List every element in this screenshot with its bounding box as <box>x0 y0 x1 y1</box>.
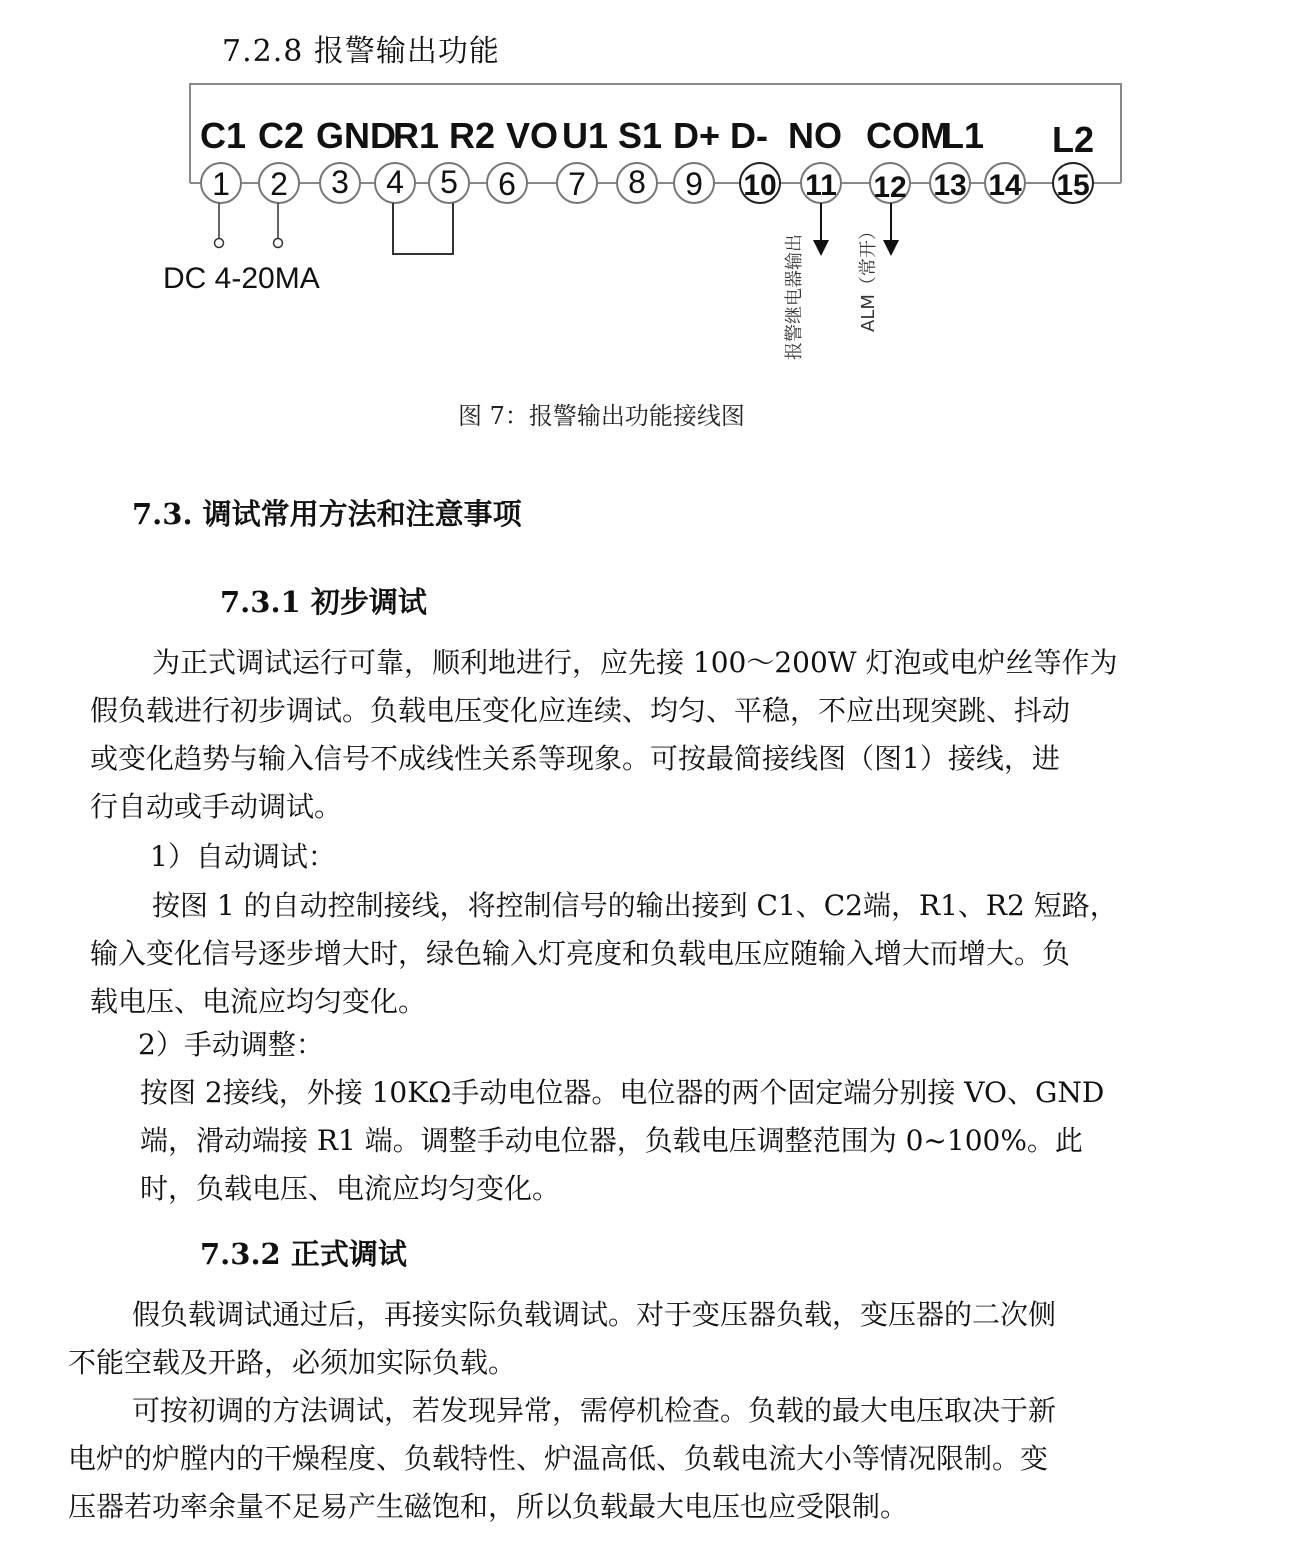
svg-text:14: 14 <box>988 169 1022 202</box>
svg-text:1: 1 <box>212 166 230 202</box>
svg-text:L1: L1 <box>942 115 984 156</box>
svg-text:6: 6 <box>498 166 516 202</box>
svg-text:GND: GND <box>316 115 396 156</box>
arrow-down-icon <box>883 240 899 256</box>
svg-text:C1: C1 <box>200 115 246 156</box>
svg-text:7: 7 <box>568 166 586 202</box>
svg-text:报警继电器输出: 报警继电器输出 <box>783 234 805 360</box>
svg-text:D-: D- <box>730 115 768 156</box>
svg-text:4: 4 <box>386 164 404 200</box>
svg-text:VO: VO <box>506 115 558 156</box>
svg-text:9: 9 <box>685 166 703 202</box>
wiring-diagram: C1 C2 GND R1 R2 VO U1 S1 D+ D- NO COM L1… <box>0 0 1300 380</box>
manual-adjust-title: 2）手动调整： <box>138 1021 324 1069</box>
svg-text:10: 10 <box>743 169 776 202</box>
figure-caption: 图 7：报警输出功能接线图 <box>458 396 745 431</box>
svg-text:L2: L2 <box>1052 119 1094 160</box>
intro-paragraph: 为正式调试运行可靠，顺利地进行，应先接 100～200W 灯泡或电炉丝等作为 假… <box>90 639 1117 831</box>
svg-text:D+: D+ <box>673 115 720 156</box>
svg-text:NO: NO <box>788 115 842 156</box>
svg-text:8: 8 <box>628 164 646 200</box>
svg-text:2: 2 <box>270 166 288 202</box>
svg-text:13: 13 <box>933 169 966 202</box>
manual-adjust-paragraph: 按图 2接线，外接 10KΩ手动电位器。电位器的两个固定端分别接 VO、GND … <box>140 1069 1104 1213</box>
svg-text:15: 15 <box>1056 169 1089 202</box>
svg-text:C2: C2 <box>258 115 304 156</box>
svg-text:5: 5 <box>440 164 458 200</box>
svg-text:ALM（常开）: ALM（常开） <box>858 222 879 332</box>
terminal-labels: C1 C2 GND R1 R2 VO U1 S1 D+ D- NO COM L1… <box>200 115 1094 160</box>
section-heading-7-3-2: 7.3.2 正式调试 <box>200 1232 407 1273</box>
svg-text:12: 12 <box>873 171 906 204</box>
auto-debug-title: 1）自动调试： <box>150 833 336 881</box>
auto-debug-paragraph: 按图 1 的自动控制接线，将控制信号的输出接到 C1、C2端，R1、R2 短路，… <box>90 882 1118 1026</box>
svg-text:R1: R1 <box>393 115 439 156</box>
formal-debug-paragraph-2: 可按初调的方法调试，若发现异常，需停机检查。负载的最大电压取决于新 电炉的炉膛内… <box>68 1387 1056 1531</box>
svg-text:11: 11 <box>805 169 837 202</box>
svg-text:R2: R2 <box>449 115 495 156</box>
arrow-down-icon <box>813 240 829 256</box>
svg-text:S1: S1 <box>618 115 662 156</box>
svg-text:COM: COM <box>866 115 950 156</box>
section-heading-7-3-1: 7.3.1 初步调试 <box>220 580 427 621</box>
svg-text:U1: U1 <box>562 115 608 156</box>
formal-debug-paragraph-1: 假负载调试通过后，再接实际负载调试。对于变压器负载，变压器的二次侧 不能空载及开… <box>68 1291 1056 1387</box>
section-heading-7-3: 7.3. 调试常用方法和注意事项 <box>132 492 522 533</box>
svg-text:3: 3 <box>331 164 349 200</box>
svg-text:DC 4-20MA: DC 4-20MA <box>163 262 320 295</box>
